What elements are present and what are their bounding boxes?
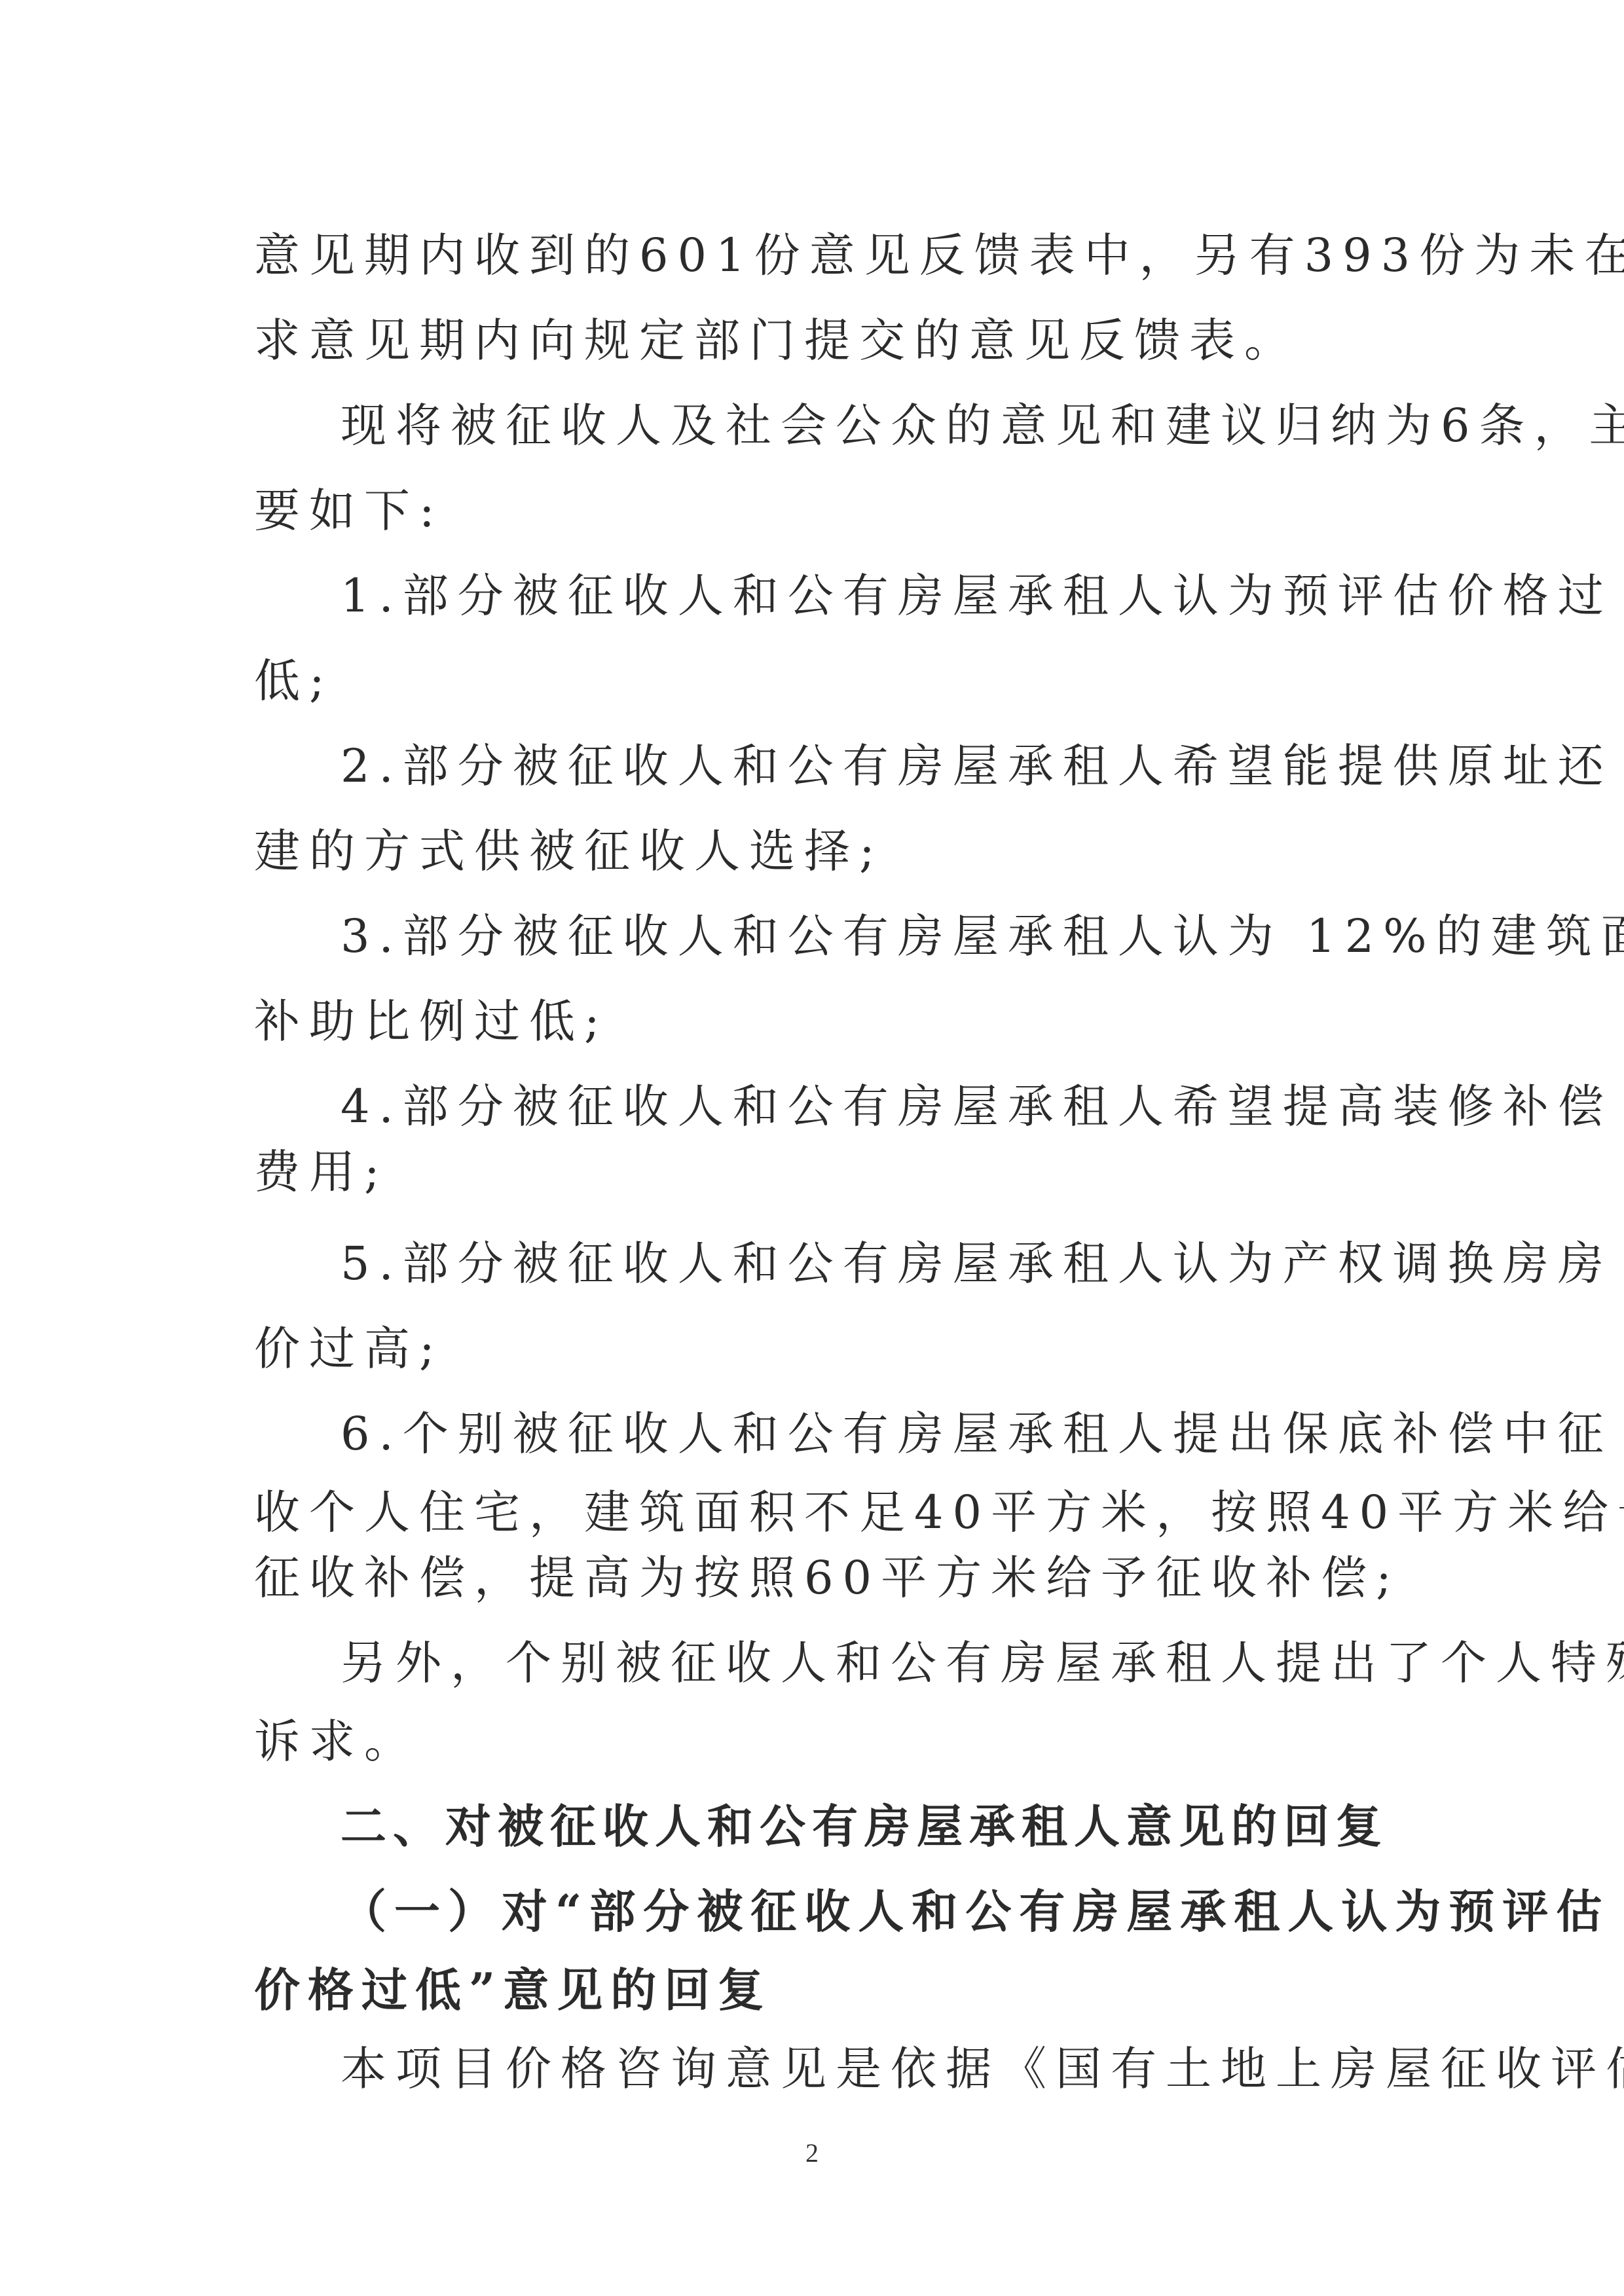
paragraph-line: 诉求。 [254, 1709, 1374, 1774]
list-item-1-cont: 低; [254, 648, 1374, 714]
list-item-1: 1.部分被征收人和公有房屋承租人认为预评估价格过 [341, 563, 1375, 629]
list-item-6-cont: 征收补偿，提高为按照60平方米给予征收补偿; [254, 1545, 1374, 1611]
document-page: 意见期内收到的601份意见反馈表中，另有393份为未在征 求意见期内向规定部门提… [0, 0, 1624, 2296]
list-item-6-cont: 收个人住宅，建筑面积不足40平方米，按照40平方米给予 [254, 1480, 1374, 1545]
list-item-3-cont: 补助比例过低; [254, 989, 1374, 1054]
list-item-5: 5.部分被征收人和公有房屋承租人认为产权调换房房 [341, 1231, 1375, 1296]
paragraph-line: 求意见期内向规定部门提交的意见反馈表。 [254, 308, 1374, 373]
list-item-2: 2.部分被征收人和公有房屋承租人希望能提供原址还 [341, 733, 1375, 799]
subsection-heading-cont: 价格过低”意见的回复 [254, 1958, 1374, 2023]
paragraph-line: 意见期内收到的601份意见反馈表中，另有393份为未在征 [254, 223, 1374, 288]
paragraph-line: 现将被征收人及社会公众的意见和建议归纳为6条，主 [341, 393, 1375, 458]
list-item-4-cont: 费用; [254, 1139, 1374, 1205]
paragraph-line: 另外，个别被征收人和公有房屋承租人提出了个人特殊 [341, 1630, 1375, 1696]
list-item-3: 3.部分被征收人和公有房屋承租人认为 12%的建筑面积 [341, 903, 1375, 969]
list-item-5-cont: 价过高; [254, 1316, 1374, 1381]
list-item-2-cont: 建的方式供被征收人选择; [254, 818, 1374, 884]
list-item-4: 4.部分被征收人和公有房屋承租人希望提高装修补偿 [341, 1074, 1375, 1139]
paragraph-line: 要如下: [254, 478, 1374, 543]
page-number: 2 [799, 2138, 825, 2168]
list-item-6: 6.个别被征收人和公有房屋承租人提出保底补偿中征 [341, 1401, 1375, 1467]
paragraph-line: 本项目价格咨询意见是依据《国有土地上房屋征收评估 [341, 2036, 1375, 2102]
subsection-heading: （一）对“部分被征收人和公有房屋承租人认为预评估 [341, 1879, 1375, 1944]
section-heading: 二、对被征收人和公有房屋承租人意见的回复 [341, 1794, 1375, 1859]
